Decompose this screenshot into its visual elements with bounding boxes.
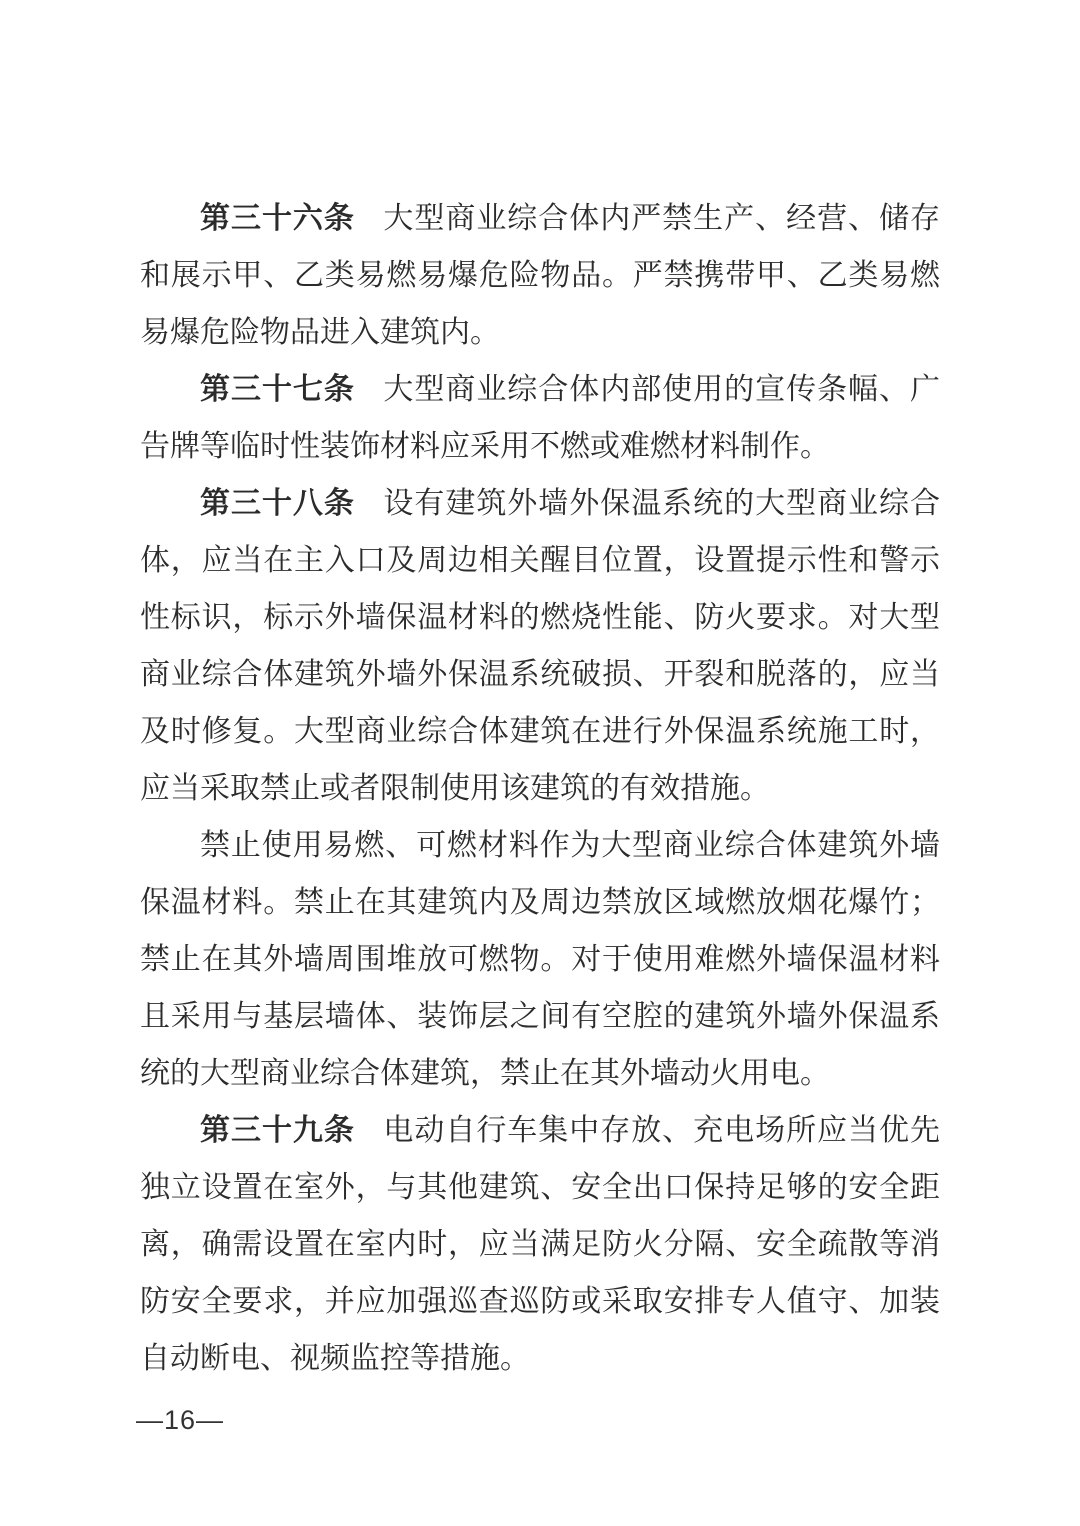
article-paragraph: 第三十七条大型商业综合体内部使用的宣传条幅、广告牌等临时性装饰材料应采用不燃或难… [140, 361, 940, 475]
document-page: 第三十六条大型商业综合体内严禁生产、经营、储存和展示甲、乙类易燃易爆危险物品。严… [0, 0, 1080, 1526]
article-paragraph: 第三十九条电动自行车集中存放、充电场所应当优先独立设置在室外，与其他建筑、安全出… [140, 1102, 940, 1387]
article-paragraph: 第三十六条大型商业综合体内严禁生产、经营、储存和展示甲、乙类易燃易爆危险物品。严… [140, 190, 940, 361]
article-36-number: 第三十六条 [200, 202, 355, 235]
document-body: 第三十六条大型商业综合体内严禁生产、经营、储存和展示甲、乙类易燃易爆危险物品。严… [140, 190, 940, 1387]
article-38-paragraph2-text: 禁止使用易燃、可燃材料作为大型商业综合体建筑外墙保温材料。禁止在其建筑内及周边禁… [140, 829, 940, 1090]
article-paragraph: 禁止使用易燃、可燃材料作为大型商业综合体建筑外墙保温材料。禁止在其建筑内及周边禁… [140, 817, 940, 1102]
page-number: —16— [136, 1405, 224, 1436]
article-38-text: 设有建筑外墙外保温系统的大型商业综合体，应当在主入口及周边相关醒目位置，设置提示… [140, 487, 940, 805]
article-paragraph: 第三十八条设有建筑外墙外保温系统的大型商业综合体，应当在主入口及周边相关醒目位置… [140, 475, 940, 817]
article-38-number: 第三十八条 [200, 487, 355, 520]
article-39-number: 第三十九条 [200, 1114, 355, 1147]
article-37-number: 第三十七条 [200, 373, 355, 406]
article-39-text: 电动自行车集中存放、充电场所应当优先独立设置在室外，与其他建筑、安全出口保持足够… [140, 1114, 940, 1375]
